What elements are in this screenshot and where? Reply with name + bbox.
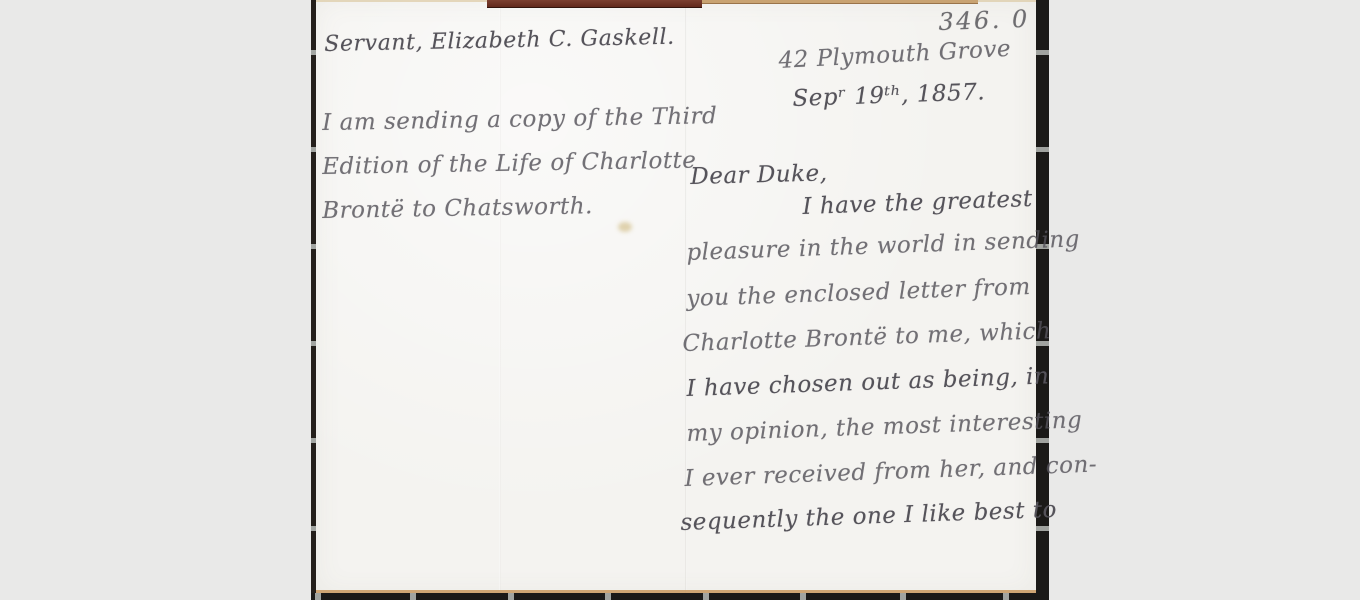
ruler-tick	[311, 244, 316, 249]
salutation: Dear Duke,	[690, 160, 828, 190]
ruler-tick	[1036, 147, 1049, 152]
page-number: 346. 0	[938, 5, 1030, 36]
ruler-tick	[1036, 50, 1049, 55]
fold-crease-left	[499, 0, 501, 594]
ruler-tick	[1036, 526, 1049, 531]
ruler-tick	[311, 147, 316, 152]
left-note-line-3: Brontë to Chatsworth.	[322, 193, 593, 224]
stain-spot	[618, 222, 632, 232]
ruler-tick	[311, 438, 316, 443]
binding-strip-tan	[700, 0, 978, 4]
ruler-bottom	[311, 593, 1049, 600]
ruler-tick	[410, 593, 416, 600]
ruler-tick	[800, 593, 806, 600]
ruler-tick	[1003, 593, 1009, 600]
ruler-left-edge	[311, 0, 316, 600]
ruler-tick	[703, 593, 709, 600]
binding-strip-dark	[487, 0, 702, 8]
ruler-tick	[900, 593, 906, 600]
ruler-tick	[315, 593, 321, 600]
ruler-tick	[311, 50, 316, 55]
scanned-letter-view: 346. 0 Servant, Elizabeth C. Gaskell. 42…	[0, 0, 1360, 600]
ruler-tick	[1036, 438, 1049, 443]
ruler-tick	[311, 341, 316, 346]
ruler-tick	[508, 593, 514, 600]
ruler-tick	[605, 593, 611, 600]
ruler-tick	[311, 526, 316, 531]
